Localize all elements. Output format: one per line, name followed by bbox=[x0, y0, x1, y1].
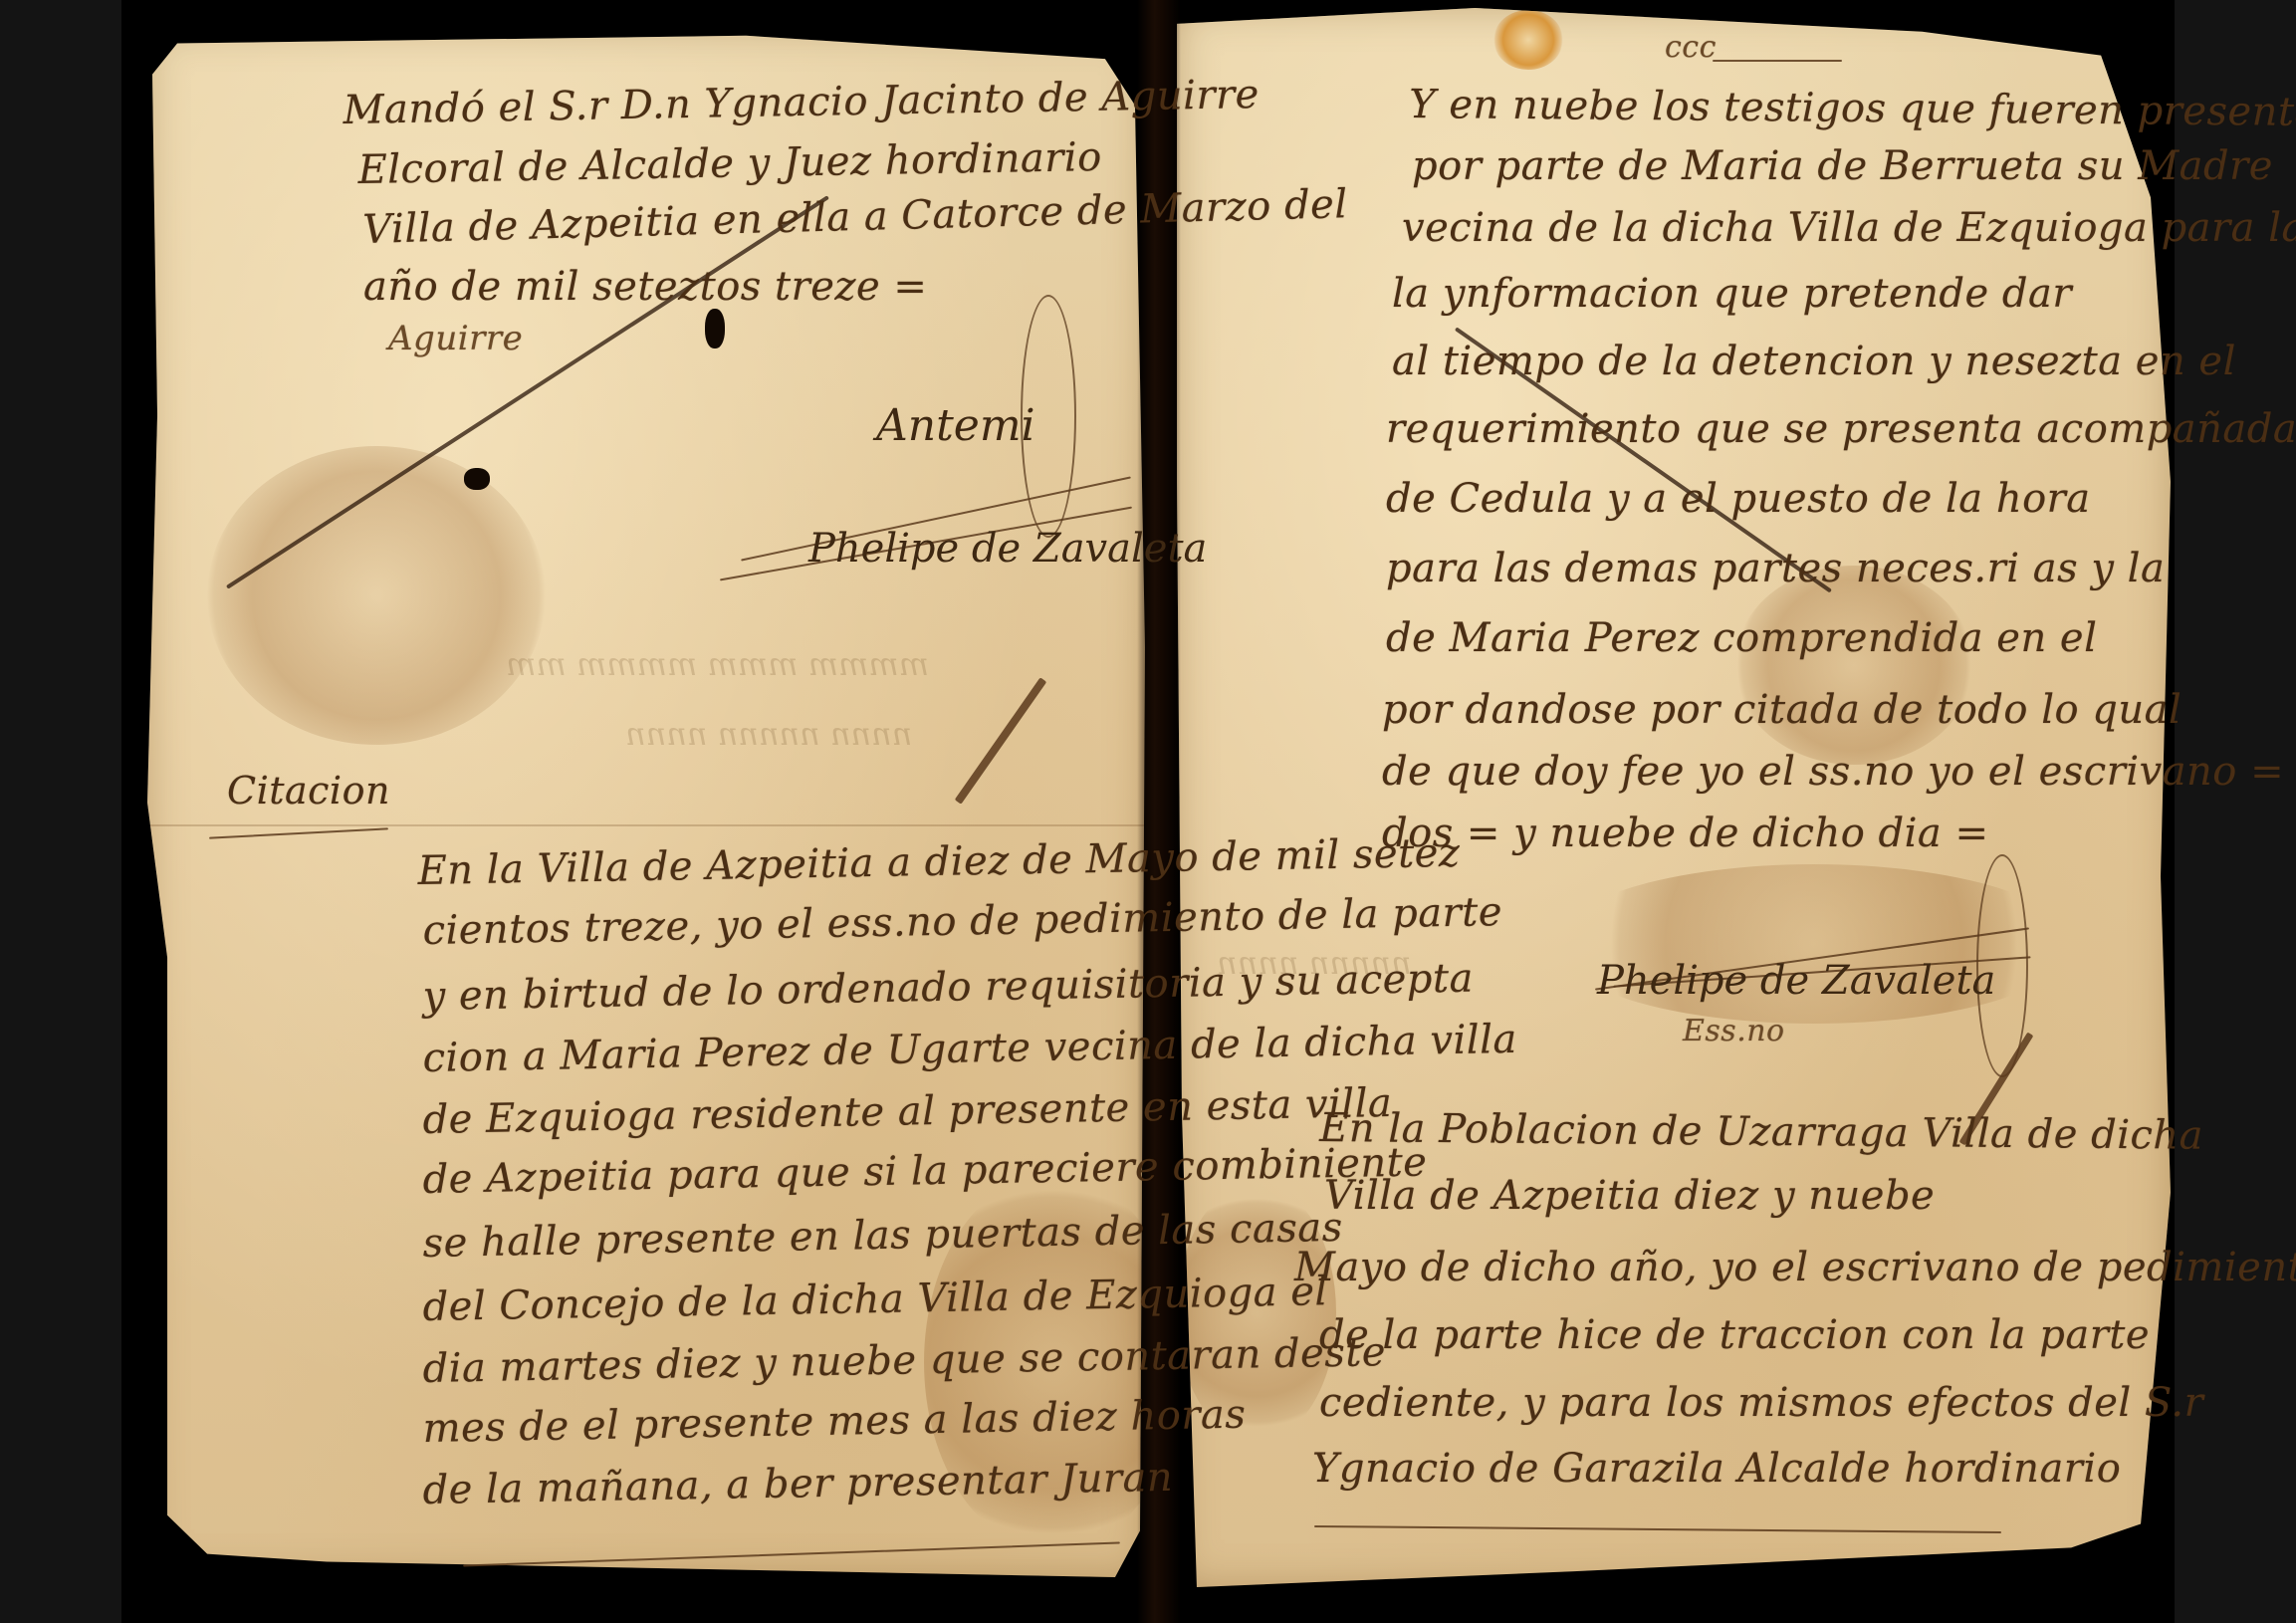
margin-heading: Citacion bbox=[227, 769, 390, 812]
signature-zavaleta: Phelipe de Zavaleta bbox=[808, 526, 1207, 572]
manuscript-line: al tiempo de la detencion y nesezta en e… bbox=[1392, 339, 2236, 384]
manuscript-line: requerimiento que se presenta acompañada bbox=[1386, 406, 2296, 452]
book-gutter bbox=[1137, 0, 1181, 1623]
manuscript-line: Ygnacio de Garazila Alcalde hordinario bbox=[1312, 1446, 2121, 1492]
manuscript-line: En la Poblacion de Uzarraga Villa de dic… bbox=[1319, 1105, 2203, 1159]
folio-mark: ccc bbox=[1665, 30, 1717, 65]
signature-zavaleta: Phelipe de Zavaleta bbox=[1597, 958, 1995, 1004]
rubric-initials: Aguirre bbox=[388, 319, 523, 358]
manuscript-line: por dandose por citada de todo lo qual bbox=[1382, 687, 2181, 733]
manuscript-line: por parte de Maria de Berrueta su Madre bbox=[1412, 143, 2273, 189]
worm-hole bbox=[464, 468, 490, 490]
manuscript-line: vecina de la dicha Villa de Ezquioga par… bbox=[1402, 205, 2296, 251]
fold-line bbox=[147, 824, 1145, 826]
manuscript-line: Villa de Azpeitia diez y nuebe bbox=[1324, 1173, 1935, 1219]
manuscript-line: de Maria Perez comprendida en el bbox=[1386, 615, 2097, 661]
bleed-through-text: nnnn nnnnn nnnn bbox=[625, 715, 912, 753]
manuscript-line: de Cedula y a el puesto de la hora bbox=[1386, 476, 2091, 522]
manuscript-line: dos = y nuebe de dicho dia = bbox=[1382, 811, 1989, 856]
manuscript-line: Mayo de dicho año, yo el escrivano de pe… bbox=[1294, 1245, 2296, 1290]
signature-note: Ess.no bbox=[1683, 1014, 1785, 1048]
signature-antemi: Antemi bbox=[876, 400, 1035, 451]
manuscript-line: de la parte hice de traccion con la part… bbox=[1319, 1312, 2150, 1358]
water-stain bbox=[1734, 566, 1973, 765]
manuscript-line: para las demas partes neces.ri as y la bbox=[1386, 546, 2165, 591]
signature-loop bbox=[1021, 295, 1076, 538]
manuscript-line: la ynformacion que pretende dar bbox=[1392, 271, 2072, 317]
orange-stain bbox=[1493, 10, 1563, 70]
manuscript-line: cediente, y para los mismos efectos del … bbox=[1319, 1380, 2203, 1426]
folio-flourish bbox=[1713, 60, 1842, 62]
manuscript-line: Y en nuebe los testigos que fueren prese… bbox=[1409, 82, 2296, 136]
worm-hole bbox=[705, 309, 725, 348]
bleed-through-text: mmmm mmm mmmm mm bbox=[506, 645, 929, 683]
manuscript-line: de que doy fee yo el ss.no yo el escriva… bbox=[1382, 749, 2296, 795]
manuscript-line: año de mil seteztos treze = bbox=[363, 264, 927, 310]
